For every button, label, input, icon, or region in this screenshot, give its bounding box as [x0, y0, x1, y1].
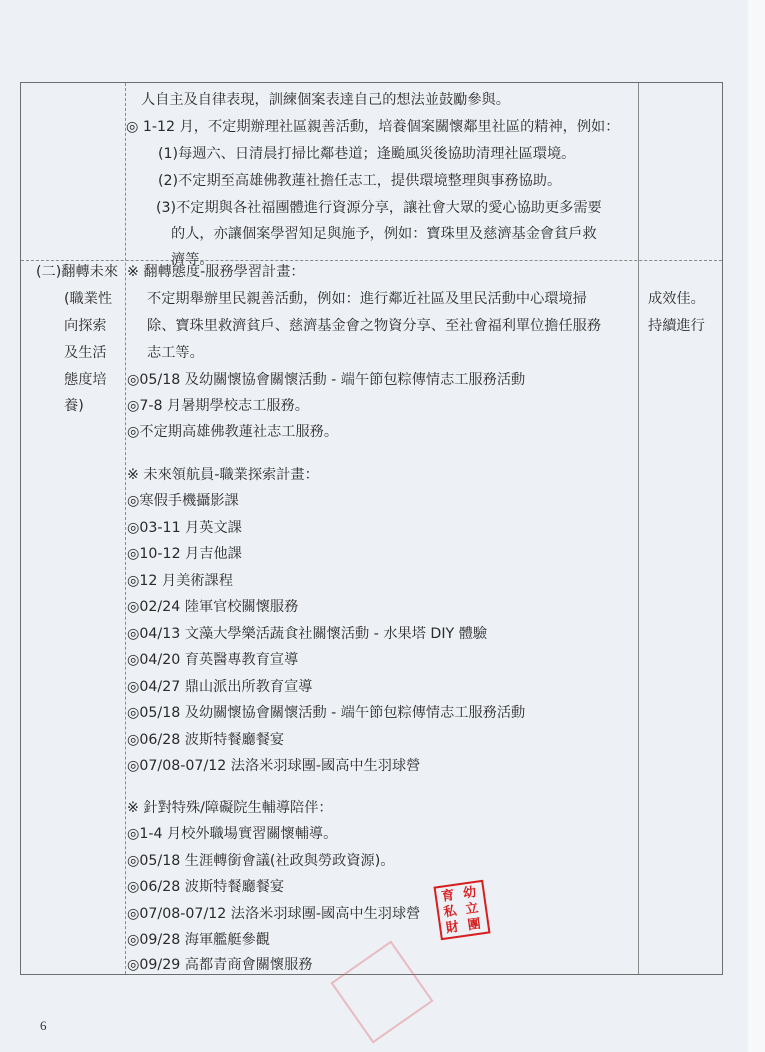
row1-line: (2)不定期至高雄佛教蓮社擔任志工，提供環境整理與事務協助。 — [158, 172, 561, 190]
list-item: ◎09/28 海軍艦艇參觀 — [127, 931, 270, 949]
row1-line: ◎ 1-12 月，不定期辦理社區親善活動，培養個案關懷鄰里社區的精神，例如： — [126, 118, 619, 136]
list-item: ◎1-4 月校外職場實習關懷輔導。 — [127, 825, 337, 843]
page-number: 6 — [40, 1018, 47, 1034]
list-item: ◎06/28 波斯特餐廳餐宴 — [127, 731, 284, 749]
section-body: 志工等。 — [147, 344, 204, 362]
list-item: ◎07/08-07/12 法洛米羽球團-國高中生羽球營 — [127, 905, 420, 923]
scan-edge — [748, 0, 765, 1052]
list-item: ◎04/20 育英醫專教育宣導 — [127, 651, 298, 669]
list-item: ◎02/24 陸軍官校關懷服務 — [127, 598, 298, 616]
row1-line: 的人，亦讓個案學習知足與施予，例如：寶珠里及慈濟基金會貧戶救 — [171, 225, 597, 243]
column-divider-1 — [125, 83, 126, 974]
section-heading: ※ 針對特殊/障礙院生輔導陪伴： — [127, 799, 333, 817]
list-item: ◎寒假手機攝影課 — [127, 492, 239, 510]
list-item: ◎05/18 及幼關懷協會關懷活動 - 端午節包粽傳情志工服務活動 — [127, 371, 525, 389]
list-item: ◎04/27 鼎山派出所教育宣導 — [127, 678, 312, 696]
list-item: ◎05/18 及幼關懷協會關懷活動 - 端午節包粽傳情志工服務活動 — [127, 704, 525, 722]
stamp-text: 幼立團 — [460, 885, 484, 933]
category-label: (二)翻轉未來 — [36, 263, 118, 281]
category-label: 養) — [64, 397, 84, 415]
list-item: ◎04/13 文藻大學樂活蔬食社關懷活動 - 水果塔 DIY 體驗 — [127, 625, 487, 643]
list-item: ◎06/28 波斯特餐廳餐宴 — [127, 878, 284, 896]
row1-line: (1)每週六、日清晨打掃比鄰巷道；逢颱風災後協助清理社區環境。 — [158, 145, 575, 163]
list-item: ◎12 月美術課程 — [127, 572, 233, 590]
list-item: ◎03-11 月英文課 — [127, 519, 242, 537]
result-text: 持續進行 — [648, 317, 705, 335]
list-item: ◎10-12 月吉他課 — [127, 545, 242, 563]
row-divider — [21, 260, 722, 261]
section-heading: ※ 未來領航員-職業探索計畫： — [127, 466, 319, 484]
section-heading: ※ 翻轉態度-服務學習計畫： — [127, 263, 305, 281]
category-label: 向探索 — [64, 317, 107, 335]
list-item: ◎7-8 月暑期學校志工服務。 — [127, 397, 309, 415]
list-item: ◎07/08-07/12 法洛米羽球團-國高中生羽球營 — [127, 757, 420, 775]
section-body: 除、寶珠里救濟貧戶、慈濟基金會之物資分享、至社會福利單位擔任服務 — [147, 317, 601, 335]
row1-line: 人自主及自律表現，訓練個案表達自己的想法並鼓勵參與。 — [141, 91, 510, 109]
stamp-text: 育私財 — [438, 888, 462, 936]
result-text: 成效佳。 — [648, 290, 705, 308]
section-body: 不定期舉辦里民親善活動，例如：進行鄰近社區及里民活動中心環境掃 — [147, 290, 587, 308]
column-divider-2 — [638, 83, 639, 974]
list-item: ◎09/29 高都青商會關懷服務 — [127, 956, 312, 974]
category-label: (職業性 — [64, 290, 112, 308]
list-item: ◎不定期高雄佛教蓮社志工服務。 — [127, 423, 338, 441]
category-label: 及生活 — [64, 344, 107, 362]
seal-stamp: 育私財 幼立團 — [433, 880, 490, 940]
category-label: 態度培 — [64, 371, 107, 389]
plan-table: 人自主及自律表現，訓練個案表達自己的想法並鼓勵參與。 ◎ 1-12 月，不定期辦… — [20, 82, 723, 975]
row1-line: (3)不定期與各社福團體進行資源分享，讓社會大眾的愛心協助更多需要 — [156, 199, 602, 217]
list-item: ◎05/18 生涯轉銜會議(社政與勞政資源)。 — [127, 852, 394, 870]
